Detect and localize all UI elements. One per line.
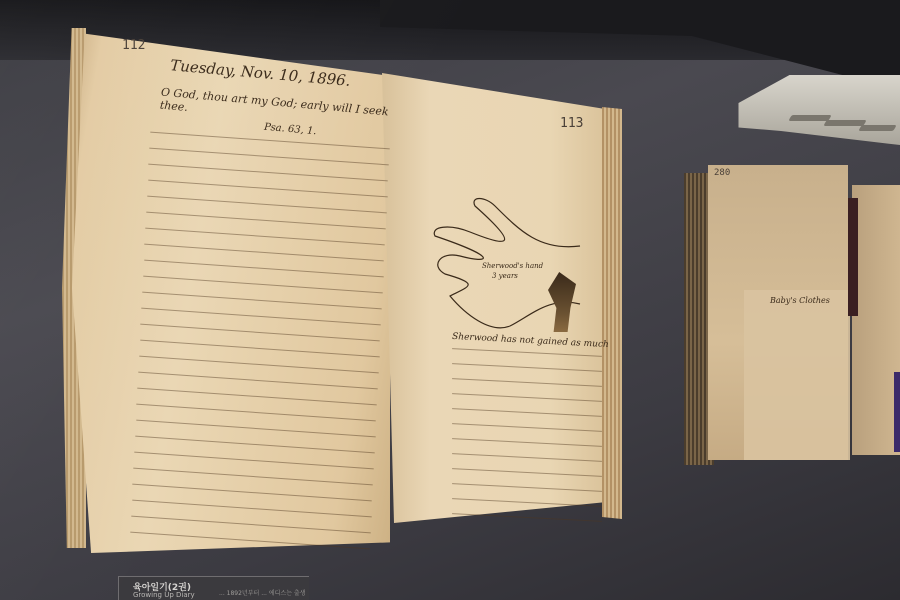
left-page-number: 112 — [122, 38, 145, 53]
placard-title-english: Growing Up Diary — [133, 591, 195, 599]
diary-right-page-stack — [602, 107, 622, 519]
light-fixture — [730, 65, 900, 155]
right-page-number: 113 — [560, 116, 583, 131]
hand-tracing-age: 3 years — [492, 272, 518, 280]
purple-insert — [894, 372, 900, 452]
exhibit-placard: 육아일기(2권) Growing Up Diary ... 1892년부터 ..… — [118, 576, 309, 600]
hand-tracing-caption: Sherwood's hand — [482, 262, 543, 270]
pasted-poem-clipping — [744, 290, 850, 460]
museum-display-scene: 112 113 Tuesday, Nov. 10, 1896. O God, t… — [0, 0, 900, 600]
poem-title: Baby's Clothes — [770, 296, 830, 305]
second-book-page-number: 280 — [714, 168, 730, 178]
placard-description: ... 1892년부터 ... 에디스는 출생 — [219, 588, 306, 597]
bookmark-ribbon — [848, 198, 858, 316]
